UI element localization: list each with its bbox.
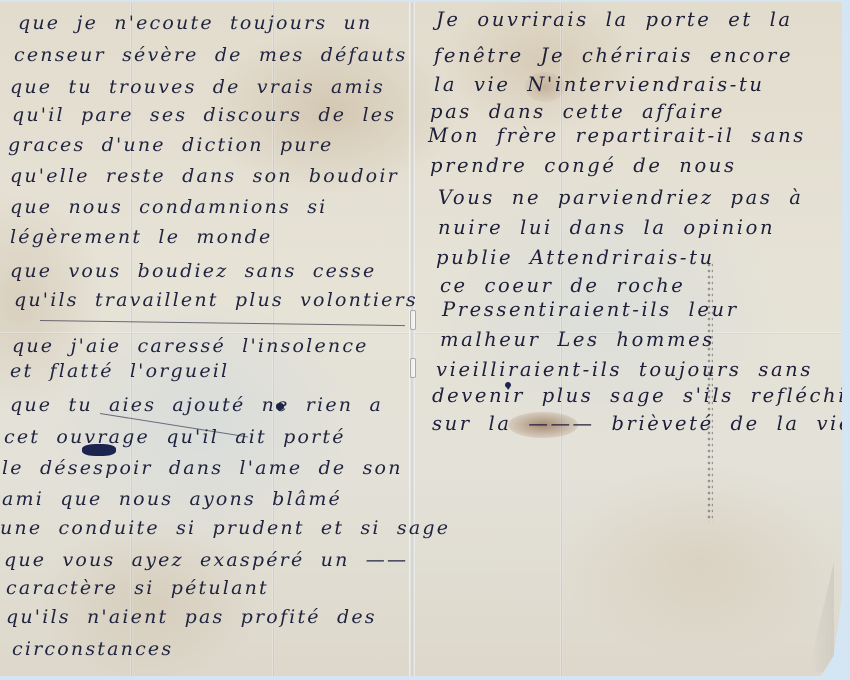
manuscript-line: qu'elle reste dans son boudoir xyxy=(10,165,399,187)
manuscript-line: circonstances xyxy=(12,638,173,660)
manuscript-line: que je n'ecoute toujours un xyxy=(18,12,372,34)
manuscript-line: nuire lui dans la opinion xyxy=(438,216,775,239)
manuscript-line: devenir plus sage s'ils refléchi xyxy=(432,384,847,407)
manuscript-line: la vie N'interviendrais-tu xyxy=(434,73,765,96)
manuscript-line: pas dans cette affaire xyxy=(430,100,725,123)
manuscript-line: que j'aie caressé l'insolence xyxy=(12,335,369,357)
binding-stitch xyxy=(410,358,416,378)
manuscript-line: publie Attendrirais-tu xyxy=(436,246,715,269)
binding-stitch xyxy=(410,310,416,330)
manuscript-line: Vous ne parviendriez pas à xyxy=(438,186,803,209)
manuscript-line: ce coeur de roche xyxy=(440,274,685,297)
manuscript-line: cet ouvrage qu'il ait porté xyxy=(4,426,346,448)
folded-corner xyxy=(808,562,834,672)
manuscript-line: fenêtre Je chérirais encore xyxy=(434,44,793,67)
manuscript-line: que vous ayez exaspéré un —— xyxy=(4,549,408,571)
manuscript-line: que tu aies ajouté ne rien a xyxy=(10,394,383,416)
manuscript-line: sur la ——— brièveté de la vie xyxy=(432,412,850,435)
manuscript-line: ami que nous ayons blâmé xyxy=(2,488,342,510)
paper-sheet: que je n'ecoute toujours un censeur sévè… xyxy=(0,2,842,676)
manuscript-line: Pressentiraient-ils leur xyxy=(442,298,739,321)
manuscript-line: Mon frère repartirait-il sans xyxy=(428,124,806,147)
paper-crease xyxy=(0,332,842,334)
manuscript-line: Je ouvrirais la porte et la xyxy=(436,8,793,31)
scanned-manuscript: que je n'ecoute toujours un censeur sévè… xyxy=(0,0,850,680)
section-divider-line xyxy=(40,320,405,326)
manuscript-line: qu'il pare ses discours de les xyxy=(12,104,396,126)
manuscript-line: malheur Les hommes xyxy=(440,328,715,351)
center-binding-seam xyxy=(409,2,415,676)
manuscript-line: et flatté l'orgueil xyxy=(10,360,229,382)
manuscript-line: que nous condamnions si xyxy=(10,196,327,218)
manuscript-line: graces d'une diction pure xyxy=(8,134,333,156)
manuscript-line: légèrement le monde xyxy=(10,226,273,248)
manuscript-line: que tu trouves de vrais amis xyxy=(10,76,385,98)
manuscript-line: prendre congé de nous xyxy=(430,154,737,177)
manuscript-line: caractère si pétulant xyxy=(6,577,269,599)
manuscript-line: qu'ils travaillent plus volontiers xyxy=(14,289,418,311)
manuscript-line: qu'ils n'aient pas profité des xyxy=(6,606,377,628)
manuscript-line: que vous boudiez sans cesse xyxy=(10,260,376,282)
manuscript-line: vieilliraient-ils toujours sans xyxy=(436,358,813,381)
manuscript-line: le désespoir dans l'ame de son xyxy=(2,457,403,479)
manuscript-line: une conduite si prudent et si sage xyxy=(0,517,450,539)
manuscript-line: censeur sévère de mes défauts xyxy=(14,44,408,66)
